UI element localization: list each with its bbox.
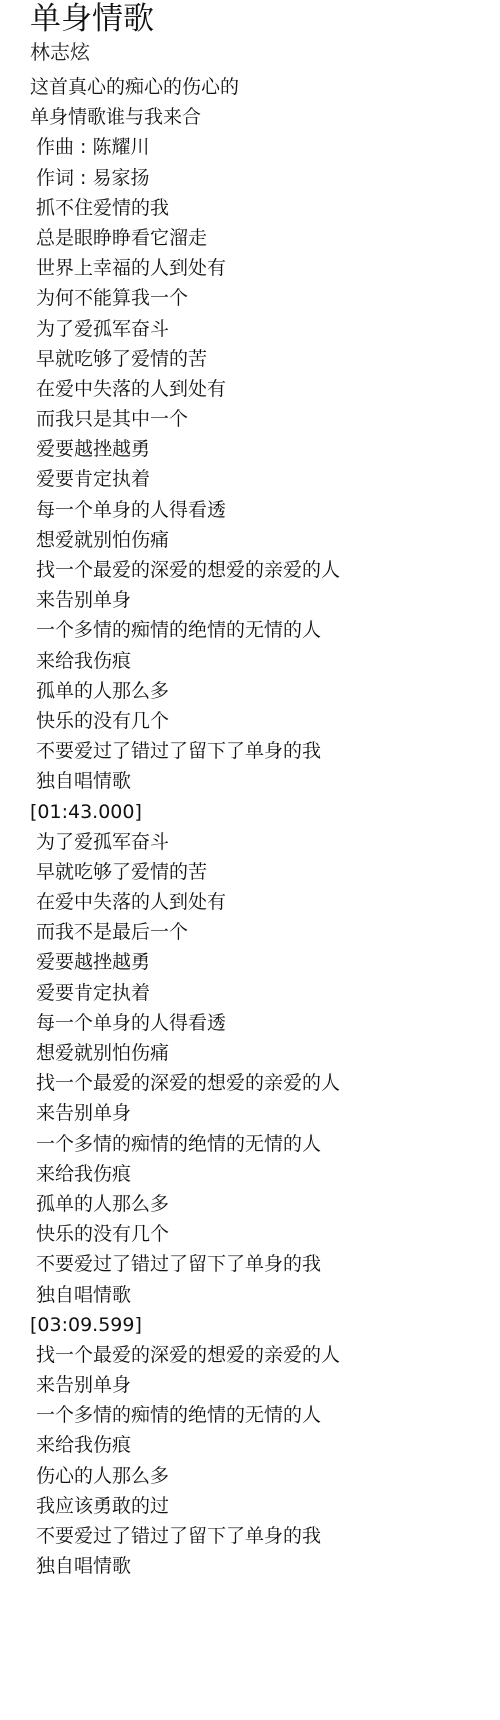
lyric-line: 我应该勇敢的过: [30, 1491, 500, 1521]
lyric-line: 一个多情的痴情的绝情的无情的人: [30, 1400, 500, 1430]
lyric-line: 来给我伤痕: [30, 1159, 500, 1189]
lyric-line: 独自唱情歌: [30, 1551, 500, 1581]
lyric-line: 来告别单身: [30, 585, 500, 615]
lyrics-page: 单身情歌 林志炫 这首真心的痴心的伤心的单身情歌谁与我来合作曲 : 陈耀川作词 …: [0, 0, 500, 1581]
lyric-line: 不要爱过了错过了留下了单身的我: [30, 1249, 500, 1279]
lyric-line: 爱要肯定执着: [30, 464, 500, 494]
lyric-line: 独自唱情歌: [30, 766, 500, 796]
lyric-timestamp: [01:43.000]: [30, 797, 500, 827]
lyric-line: 每一个单身的人得看透: [30, 495, 500, 525]
lyric-line: 不要爱过了错过了留下了单身的我: [30, 1521, 500, 1551]
lyric-line: 爱要肯定执着: [30, 978, 500, 1008]
lyric-line: 世界上幸福的人到处有: [30, 253, 500, 283]
lyric-line: 找一个最爱的深爱的想爱的亲爱的人: [30, 555, 500, 585]
artist-name: 林志炫: [30, 38, 500, 66]
lyric-timestamp: [03:09.599]: [30, 1310, 500, 1340]
lyric-line: 来给我伤痕: [30, 1430, 500, 1460]
lyric-line: 一个多情的痴情的绝情的无情的人: [30, 1129, 500, 1159]
lyric-line: 早就吃够了爱情的苦: [30, 344, 500, 374]
lyric-line: 快乐的没有几个: [30, 1219, 500, 1249]
lyric-line: 作词 : 易家扬: [30, 163, 500, 193]
lyric-line: 抓不住爱情的我: [30, 193, 500, 223]
lyric-line: 伤心的人那么多: [30, 1461, 500, 1491]
lyric-line: 快乐的没有几个: [30, 706, 500, 736]
lyric-line: 来给我伤痕: [30, 646, 500, 676]
lyric-intro-line: 这首真心的痴心的伤心的: [30, 72, 500, 102]
song-title: 单身情歌: [30, 0, 500, 38]
lyric-line: 独自唱情歌: [30, 1280, 500, 1310]
lyric-line: 来告别单身: [30, 1098, 500, 1128]
lyric-line: 为了爱孤军奋斗: [30, 314, 500, 344]
lyric-line: 爱要越挫越勇: [30, 947, 500, 977]
lyric-line: 每一个单身的人得看透: [30, 1008, 500, 1038]
lyric-line: 总是眼睁睁看它溜走: [30, 223, 500, 253]
lyric-line: 一个多情的痴情的绝情的无情的人: [30, 615, 500, 645]
lyric-intro-line: 单身情歌谁与我来合: [30, 102, 500, 132]
lyric-line: 作曲 : 陈耀川: [30, 132, 500, 162]
lyrics-list: 这首真心的痴心的伤心的单身情歌谁与我来合作曲 : 陈耀川作词 : 易家扬抓不住爱…: [30, 72, 500, 1581]
lyric-line: 想爱就别怕伤痛: [30, 1038, 500, 1068]
lyric-line: 为何不能算我一个: [30, 283, 500, 313]
lyric-line: 而我只是其中一个: [30, 404, 500, 434]
lyric-line: 不要爱过了错过了留下了单身的我: [30, 736, 500, 766]
lyric-line: 找一个最爱的深爱的想爱的亲爱的人: [30, 1340, 500, 1370]
lyric-line: 为了爱孤军奋斗: [30, 827, 500, 857]
lyric-line: 找一个最爱的深爱的想爱的亲爱的人: [30, 1068, 500, 1098]
lyric-line: 孤单的人那么多: [30, 1189, 500, 1219]
lyric-line: 在爱中失落的人到处有: [30, 887, 500, 917]
lyric-line: 来告别单身: [30, 1370, 500, 1400]
lyric-line: 在爱中失落的人到处有: [30, 374, 500, 404]
lyric-line: 孤单的人那么多: [30, 676, 500, 706]
lyric-line: 早就吃够了爱情的苦: [30, 857, 500, 887]
lyric-line: 想爱就别怕伤痛: [30, 525, 500, 555]
lyric-line: 爱要越挫越勇: [30, 434, 500, 464]
lyric-line: 而我不是最后一个: [30, 917, 500, 947]
